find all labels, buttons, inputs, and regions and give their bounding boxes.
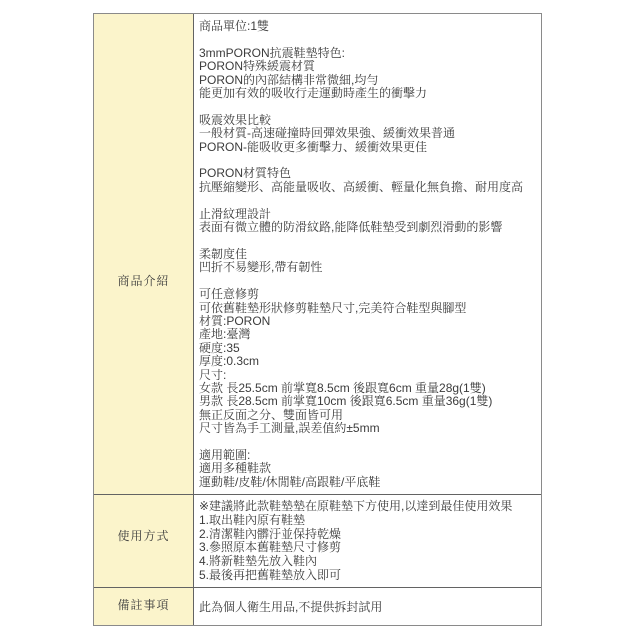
- text-line: [199, 436, 535, 449]
- text-line: 尺寸皆為手工測量,誤差值約±5mm: [199, 422, 535, 435]
- text-line: 可任意修剪: [199, 288, 535, 301]
- text-line: 抗壓縮變形、高能量吸收、高緩衝、輕量化無負擔、耐用度高: [199, 181, 535, 194]
- product-info-table: 商品介紹 商品單位:1雙 3mmPORON抗震鞋墊特色:PORON特殊緩震材質P…: [93, 13, 542, 626]
- text-line: [199, 235, 535, 248]
- row-label-notes: 備註事項: [94, 588, 194, 625]
- text-line: 能更加有效的吸收行走運動時產生的衝擊力: [199, 87, 535, 100]
- row-label-text: 商品介紹: [117, 272, 169, 289]
- table-row-usage: 使用方式 ※建議將此款鞋墊墊在原鞋墊下方使用,以達到最佳使用效果1.取出鞋內原有…: [94, 494, 541, 587]
- text-line: 此為個人衛生用品,不提供拆封試用: [199, 601, 535, 614]
- text-line: 男款 長28.5cm 前掌寬10cm 後跟寬6.5cm 重量36g(1雙): [199, 395, 535, 408]
- row-label-text: 使用方式: [117, 527, 169, 544]
- row-label-product-intro: 商品介紹: [94, 14, 194, 494]
- text-line: 1.取出鞋內原有鞋墊: [199, 514, 535, 528]
- text-line: 5.最後再把舊鞋墊放入即可: [199, 569, 535, 583]
- text-line: 產地:臺灣: [199, 328, 535, 341]
- text-line: 商品單位:1雙: [199, 20, 535, 33]
- table-row-notes: 備註事項 此為個人衛生用品,不提供拆封試用: [94, 587, 541, 625]
- text-line: 尺寸:: [199, 369, 535, 382]
- text-line: 厚度:0.3cm: [199, 355, 535, 368]
- text-line: 一般材質-高速碰撞時回彈效果強、緩衝效果普通: [199, 127, 535, 140]
- text-line: [199, 100, 535, 113]
- row-label-usage: 使用方式: [94, 495, 194, 587]
- text-line: [199, 33, 535, 46]
- text-line: 可依舊鞋墊形狀修剪鞋墊尺寸,完美符合鞋型與腳型: [199, 302, 535, 315]
- text-line: [199, 194, 535, 207]
- text-line: 運動鞋/皮鞋/休閒鞋/高跟鞋/平底鞋: [199, 476, 535, 489]
- row-content-usage: ※建議將此款鞋墊墊在原鞋墊下方使用,以達到最佳使用效果1.取出鞋內原有鞋墊2.清…: [194, 495, 541, 587]
- text-line: ※建議將此款鞋墊墊在原鞋墊下方使用,以達到最佳使用效果: [199, 500, 535, 514]
- row-label-text: 備註事項: [117, 596, 169, 613]
- text-line: PORON特殊緩震材質: [199, 60, 535, 73]
- text-line: PORON材質特色: [199, 167, 535, 180]
- text-line: 凹折不易變形,帶有韌性: [199, 261, 535, 274]
- text-line: PORON-能吸收更多衝擊力、緩衝效果更佳: [199, 141, 535, 154]
- row-content-notes: 此為個人衛生用品,不提供拆封試用: [194, 588, 541, 625]
- text-line: 表面有微立體的防滑紋路,能降低鞋墊受到劇烈滑動的影響: [199, 221, 535, 234]
- text-line: 4.將新鞋墊先放入鞋內: [199, 555, 535, 569]
- row-content-product-intro: 商品單位:1雙 3mmPORON抗震鞋墊特色:PORON特殊緩震材質PORON的…: [194, 14, 541, 494]
- table-row-product-intro: 商品介紹 商品單位:1雙 3mmPORON抗震鞋墊特色:PORON特殊緩震材質P…: [94, 14, 541, 494]
- text-line: 適用多種鞋款: [199, 462, 535, 475]
